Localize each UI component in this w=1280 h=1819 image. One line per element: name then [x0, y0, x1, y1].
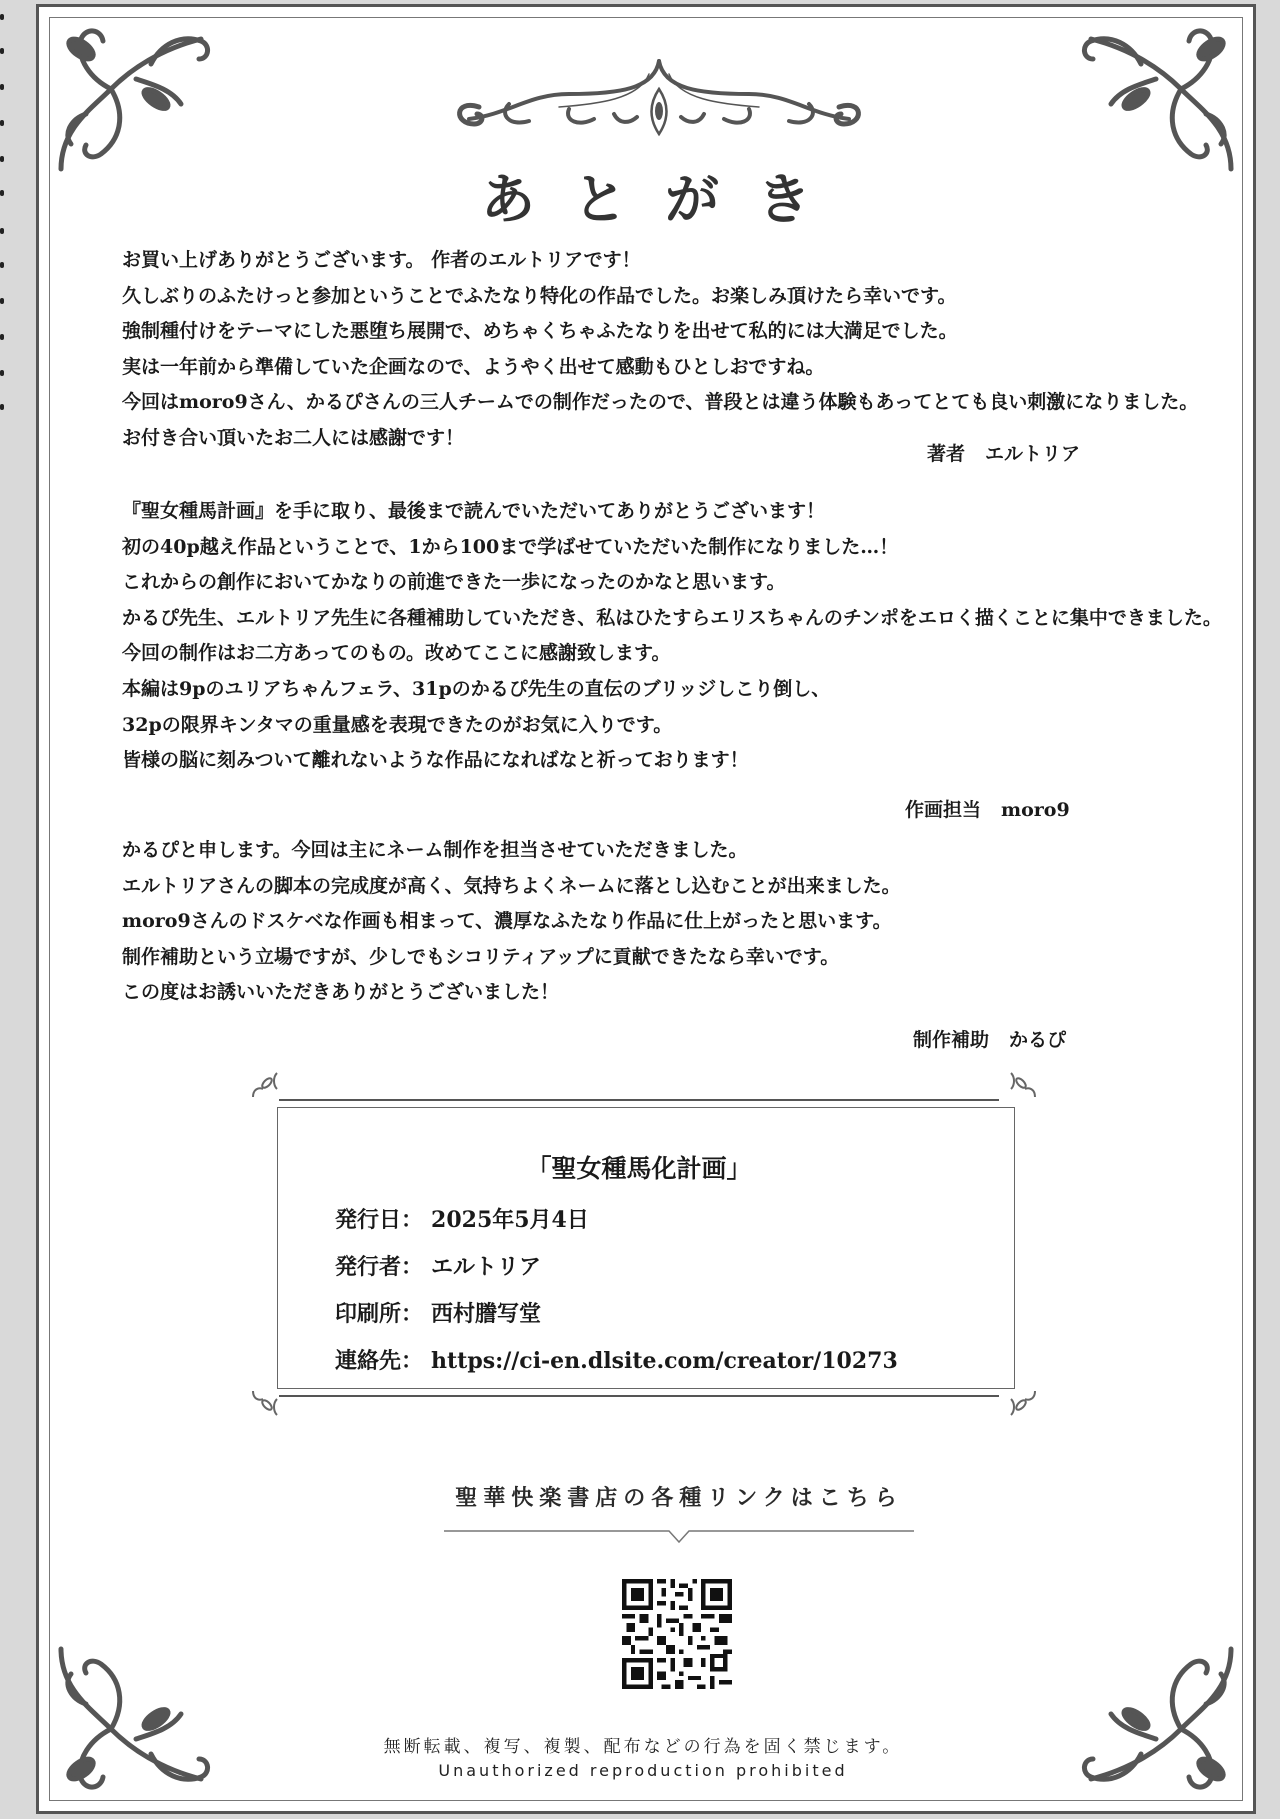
text-line: お買い上げありがとうございます。 作者のエルトリアです！	[122, 243, 1242, 279]
colophon-rule-bottom	[279, 1395, 999, 1397]
speech-pointer-line-icon	[444, 1530, 914, 1544]
copyright-notice-jp: 無断転載、複写、複製、配布などの行為を固く禁じます。	[3, 1732, 1280, 1757]
signature-name: エルトリア	[985, 443, 1080, 465]
title-ornament-icon	[449, 59, 869, 139]
signature-role: 著者	[927, 443, 965, 465]
colophon-box: 「聖女種馬化計画」 発行日：2025年5月4日 発行者：エルトリア 印刷所：西村…	[249, 1069, 1029, 1419]
text-line: moro9さんのドスケベな作画も相まって、濃厚なふたなり作品に仕上がったと思いま…	[122, 904, 1242, 940]
text-line: 今回はmoro9さん、かるぴさんの三人チームでの制作だったので、普段とは違う体験…	[122, 385, 1242, 421]
text-line: これからの創作においてかなりの前進できた一歩になったのかなと思います。	[122, 565, 1242, 601]
links-heading: 聖華快楽書店の各種リンクはこちら	[439, 1481, 919, 1512]
author-message: お買い上げありがとうございます。 作者のエルトリアです！ 久しぶりのふたけっと参…	[122, 243, 1242, 457]
publisher-row: 発行者：エルトリア	[335, 1244, 898, 1291]
publish-date-row: 発行日：2025年5月4日	[335, 1197, 898, 1244]
colophon-rows: 発行日：2025年5月4日 発行者：エルトリア 印刷所：西村謄写堂 連絡先：ht…	[335, 1197, 898, 1385]
text-line: 本編は9pのユリアちゃんフェラ、31pのかるぴ先生の直伝のブリッジしこり倒し、	[122, 672, 1242, 708]
artist-signature: 作画担当moro9	[905, 795, 1070, 822]
text-line: 久しぶりのふたけっと参加ということでふたなり特化の作品でした。お楽しみ頂けたら幸…	[122, 279, 1242, 315]
signature-role: 制作補助	[913, 1029, 989, 1051]
row-value: 西村謄写堂	[431, 1301, 541, 1327]
colophon-corner-icon	[999, 1069, 1039, 1109]
colophon-corner-icon	[249, 1069, 289, 1109]
text-line: 強制種付けをテーマにした悪堕ち展開で、めちゃくちゃふたなりを出せて私的には大満足…	[122, 314, 1242, 350]
text-line: 32pの限界キンタマの重量感を表現できたのがお気に入りです。	[122, 708, 1242, 744]
row-value: エルトリア	[431, 1254, 541, 1280]
text-line: 今回の制作はお二方あってのもの。改めてここに感謝致します。	[122, 636, 1242, 672]
qr-code-icon[interactable]	[622, 1579, 732, 1689]
row-label: 発行者：	[335, 1254, 423, 1280]
colophon-corner-icon	[249, 1379, 289, 1419]
printer-row: 印刷所：西村謄写堂	[335, 1291, 898, 1338]
text-line: エルトリアさんの脚本の完成度が高く、気持ちよくネームに落とし込むことが出来ました…	[122, 869, 1242, 905]
book-title: 「聖女種馬化計画」	[249, 1149, 1029, 1185]
row-label: 発行日：	[335, 1207, 423, 1233]
colophon-rule-top	[279, 1099, 999, 1101]
text-line: 初の40p越え作品ということで、1から100まで学ばせていただいた制作になりまし…	[122, 530, 1242, 566]
text-line: 皆様の脳に刻みついて離れないような作品になればなと祈っております！	[122, 743, 1242, 779]
row-label: 連絡先：	[335, 1348, 423, 1374]
artist-message: 『聖女種馬計画』を手に取り、最後まで読んでいただいてありがとうございます！ 初の…	[122, 494, 1242, 779]
colophon-corner-icon	[999, 1379, 1039, 1419]
text-line: 実は一年前から準備していた企画なので、ようやく出せて感動もひとしおですね。	[122, 350, 1242, 386]
text-line: かるぴ先生、エルトリア先生に各種補助していただき、私はひたすらエリスちゃんのチン…	[122, 601, 1242, 637]
signature-name: かるぴ	[1009, 1029, 1066, 1051]
row-label: 印刷所：	[335, 1301, 423, 1327]
contact-row: 連絡先：https://ci-en.dlsite.com/creator/102…	[335, 1338, 898, 1385]
text-line: この度はお誘いいただきありがとうございました！	[122, 975, 1242, 1011]
signature-role: 作画担当	[905, 799, 981, 821]
text-line: かるぴと申します。今回は主にネーム制作を担当させていただきました。	[122, 833, 1242, 869]
signature-name: moro9	[1001, 799, 1070, 821]
text-line: 制作補助という立場ですが、少しでもシコリティアップに貢献できたなら幸いです。	[122, 940, 1242, 976]
assistant-message: かるぴと申します。今回は主にネーム制作を担当させていただきました。 エルトリアさ…	[122, 833, 1242, 1011]
copyright-notice-en: Unauthorized reproduction prohibited	[3, 1761, 1280, 1780]
binding-holes	[0, 0, 10, 1819]
author-signature: 著者エルトリア	[927, 439, 1080, 466]
page-title: あとがき	[39, 157, 1253, 234]
afterword-page: あとがき お買い上げありがとうございます。 作者のエルトリアです！ 久しぶりのふ…	[36, 4, 1256, 1814]
assistant-signature: 制作補助かるぴ	[913, 1025, 1066, 1052]
row-value: 2025年5月4日	[431, 1207, 589, 1233]
contact-link[interactable]: https://ci-en.dlsite.com/creator/10273	[431, 1348, 898, 1374]
text-line: 『聖女種馬計画』を手に取り、最後まで読んでいただいてありがとうございます！	[122, 494, 1242, 530]
